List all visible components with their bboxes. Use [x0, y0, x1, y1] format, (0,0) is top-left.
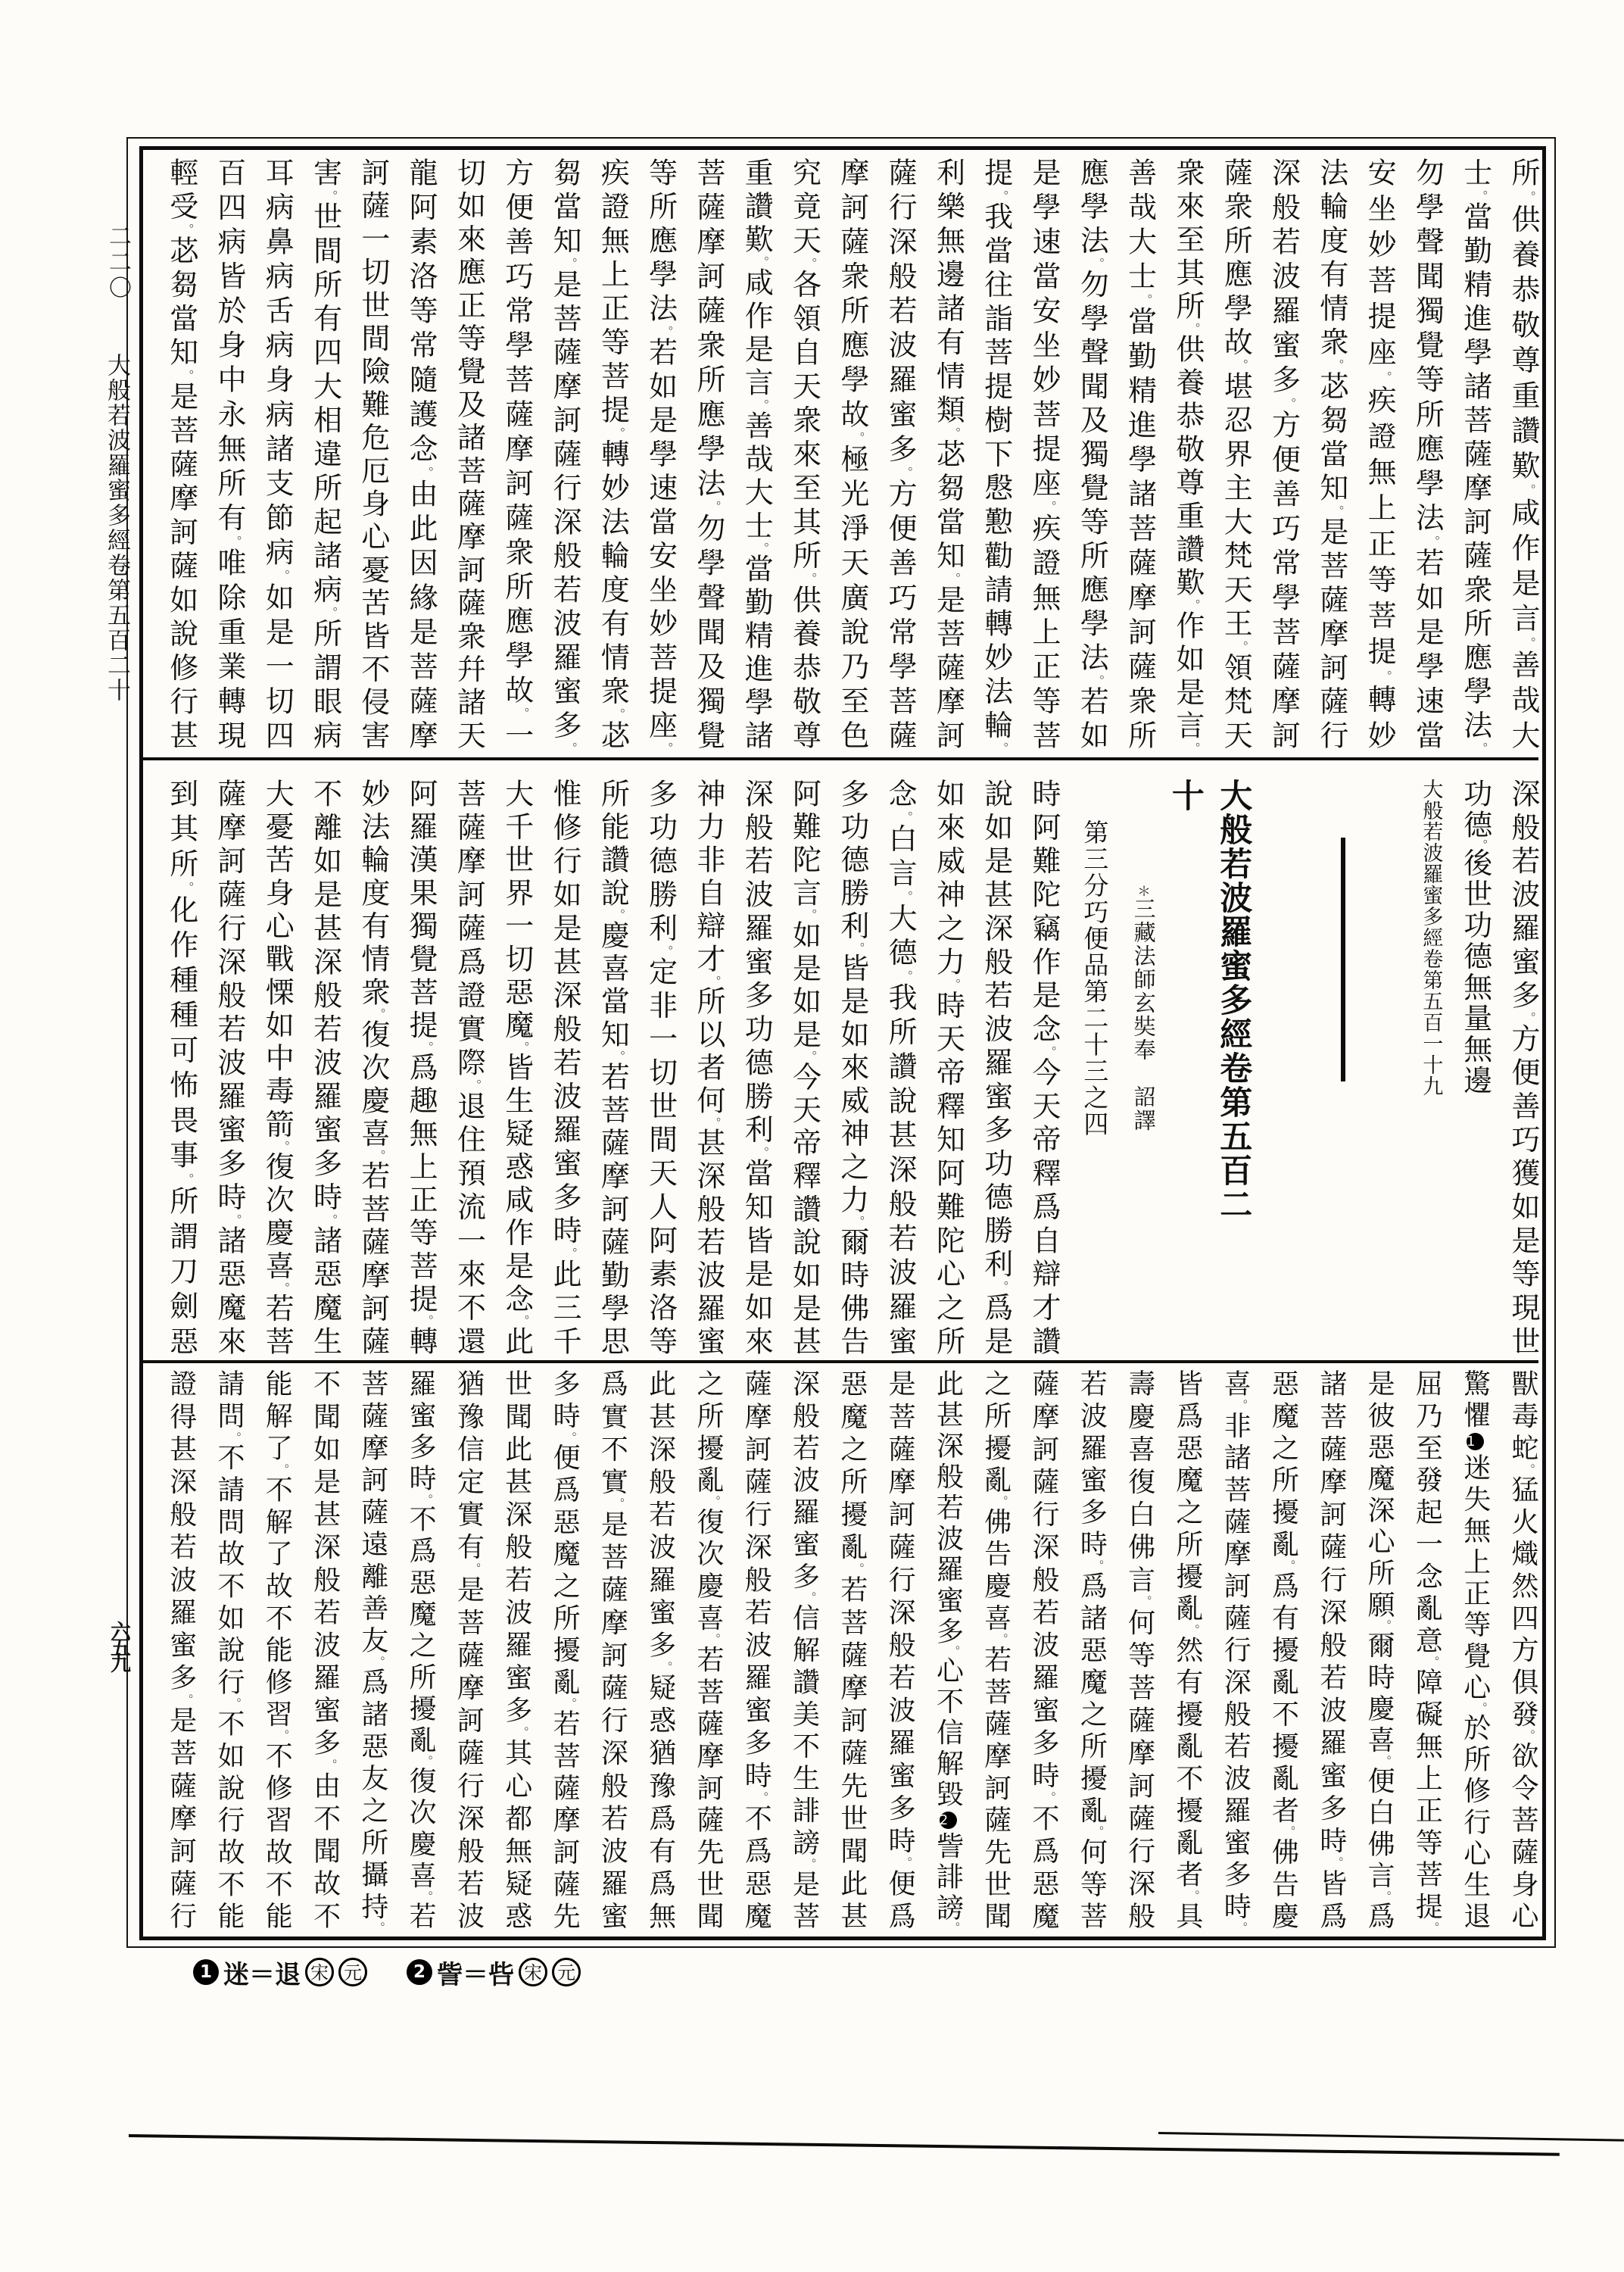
- text-column: 大憂苦身心戰慄如中毒箭。復次慶喜。若菩: [243, 779, 291, 1357]
- register-bottom: 獸毒蛇。猛火熾然四方俱發。欲令菩薩身心驚懼1迷失無上正等覺心。於所修行心生退屈乃…: [145, 1369, 1537, 1931]
- text-column: 大般若波羅蜜多經卷第五百一十九: [1393, 779, 1441, 1357]
- text-column: 大般若波羅蜜多經卷第五百二: [1202, 779, 1249, 1357]
- text-column: 獸毒蛇。猛火熾然四方俱發。欲令菩薩身心: [1489, 1369, 1537, 1931]
- text-column: 多時。便爲惡魔之所擾亂。若菩薩摩訶薩先: [531, 1369, 578, 1931]
- text-column: 請問。不請問故不如說行。不如說行故不能: [195, 1369, 243, 1931]
- text-column: 惡魔之所擾亂。若菩薩摩訶薩先世聞此甚: [818, 1369, 866, 1931]
- text-column: 此甚深般若波羅蜜多。心不信解毀2訾誹謗。: [914, 1369, 962, 1931]
- text-column: 不聞如是甚深般若波羅蜜多。由不聞故不: [291, 1369, 338, 1931]
- text-column: 方便善巧常學菩薩摩訶薩衆所應學故。一: [482, 158, 530, 751]
- text-column: 菩薩摩訶薩衆所應學法。勿學聲聞及獨覺: [675, 158, 722, 751]
- text-column: 皆爲惡魔之所擾亂。然有擾亂不擾亂者。具: [1154, 1369, 1202, 1931]
- text-column: 薩行深般若波羅蜜多。方便善巧常學菩薩: [866, 158, 914, 751]
- text-column: 大千世界一切惡魔。皆生疑惑咸作是念。此: [482, 779, 530, 1357]
- edition-badge: 元: [338, 1958, 367, 1986]
- margin-text-number: 二二〇: [89, 224, 129, 301]
- scroll-divider-rule: [1298, 779, 1345, 1357]
- footnote-text: 訾＝呰: [437, 1954, 514, 1991]
- text-column: 阿羅漢果獨覺菩提。爲趣無上正等菩提。轉: [387, 779, 435, 1357]
- text-column: 重讚歎。咸作是言。善哉大士。當勤精進學諸: [722, 158, 770, 751]
- text-column: 所能讚說。慶喜當知。若菩薩摩訶薩勤學思: [578, 779, 626, 1357]
- text-column: 菩薩摩訶薩爲證實際。退住預流一來不還: [435, 779, 482, 1357]
- text-column: 羅蜜多時。不爲惡魔之所擾亂。復次慶喜。若: [387, 1369, 435, 1931]
- text-column: 菩薩摩訶薩遠離善友。爲諸惡友之所攝持。: [339, 1369, 387, 1931]
- text-column: 芻當知。是菩薩摩訶薩行深般若波羅蜜多。: [531, 158, 578, 751]
- text-column: 功德。後世功德無量無邊: [1441, 779, 1488, 1357]
- edition-badge: 宋: [519, 1958, 547, 1986]
- text-column: 能解了。不解了故不能修習。不修習故不能: [243, 1369, 291, 1931]
- text-column: 多功德勝利。皆是如來威神之力。爾時佛告: [818, 779, 866, 1357]
- text-column: 猶豫信定實有。是菩薩摩訶薩行深般若波: [435, 1369, 482, 1931]
- text-column: 龍阿素洛等常隨護念。由此因緣是菩薩摩: [387, 158, 435, 751]
- text-column: 第三分巧便品第二十三之四: [1058, 779, 1105, 1398]
- text-column: 善哉大士。當勤精進學諸菩薩摩訶薩衆所: [1105, 158, 1153, 751]
- text-column: 訶薩一切世間險難危厄身心憂苦皆不侵害: [339, 158, 387, 751]
- text-column: 等所應學法。若如是學速當安坐妙菩提座。: [626, 158, 674, 751]
- text-column: 多功德勝利。定非一切世間天人阿素洛等: [626, 779, 674, 1357]
- register-middle: 深般若波羅蜜多。方便善巧獲如是等現世功德。後世功德無量無邊大般若波羅蜜多經卷第五…: [145, 779, 1537, 1357]
- scan-edge-line-2: [1158, 2132, 1624, 2142]
- text-column: 勿學聲聞獨覺等所應學法。若如是學速當: [1393, 158, 1441, 751]
- text-column: 深般若波羅蜜多功德勝利。當知皆是如來: [722, 779, 770, 1357]
- text-column: 不離如是甚深般若波羅蜜多時。諸惡魔生: [291, 779, 338, 1357]
- text-column: 所。供養恭敬尊重讚歎。咸作是言。善哉大: [1489, 158, 1537, 751]
- text-column: 證得甚深般若波羅蜜多。是菩薩摩訶薩行: [147, 1369, 195, 1931]
- blank-column: [1345, 779, 1393, 1357]
- text-column: 如來威神之力。時天帝釋知阿難陀心之所: [914, 779, 962, 1357]
- text-column: 說如是甚深般若波羅蜜多功德勝利。爲是: [962, 779, 1009, 1357]
- text-column: 究竟天。各領自天衆來至其所。供養恭敬尊: [770, 158, 818, 751]
- text-column: 深般若波羅蜜多。信解讚美不生誹謗。是菩: [770, 1369, 818, 1931]
- blank-column: [1249, 779, 1297, 1357]
- footnote-marker: 1: [193, 1959, 219, 1985]
- footnote-item: 1迷＝退宋元: [193, 1954, 367, 1991]
- footnote-text: 迷＝退: [223, 1954, 301, 1991]
- text-column: 喜。非諸菩薩摩訶薩行深般若波羅蜜多時。: [1202, 1369, 1249, 1931]
- text-column: 若波羅蜜多時。爲諸惡魔之所擾亂。何等菩: [1058, 1369, 1105, 1931]
- text-column: 害。世間所有四大相違所起諸病。所謂眼病: [291, 158, 338, 751]
- text-column: 到其所。化作種種可怖畏事。所謂刀劍惡: [147, 779, 195, 1357]
- text-column: 薩摩訶薩行深般若波羅蜜多時。諸惡魔來: [195, 779, 243, 1357]
- text-column: 念。白言。大德。我所讚說甚深般若波羅蜜: [866, 779, 914, 1357]
- text-column: 法輪度有情衆。苾芻當知。是菩薩摩訶薩行: [1298, 158, 1345, 751]
- edition-badge: 元: [552, 1958, 581, 1986]
- text-column: 驚懼1迷失無上正等覺心。於所修行心生退: [1441, 1369, 1488, 1931]
- text-column: 妙法輪度有情衆。復次慶喜。若菩薩摩訶薩: [339, 779, 387, 1357]
- text-column: 神力非自辯才。所以者何。甚深般若波羅蜜: [675, 779, 722, 1357]
- text-column: 疾證無上正等菩提。轉妙法輪度有情衆。苾: [578, 158, 626, 751]
- text-column: 應學法。勿學聲聞及獨覺等所應學法。若如: [1058, 158, 1105, 751]
- text-column: 提。我當往詣菩提樹下慇懃勸請轉妙法輪。: [962, 158, 1009, 751]
- text-column: 惟修行如是甚深般若波羅蜜多時。此三千: [531, 779, 578, 1357]
- text-column: 是彼惡魔深心所願。爾時慶喜。便白佛言。爲: [1345, 1369, 1393, 1931]
- text-column: 深般若波羅蜜多。方便善巧獲如是等現世: [1489, 779, 1537, 1357]
- text-column: 安坐妙菩提座。疾證無上正等菩提。轉妙: [1345, 158, 1393, 751]
- text-column: 之所擾亂。復次慶喜。若菩薩摩訶薩先世聞: [675, 1369, 722, 1931]
- register-top: 所。供養恭敬尊重讚歎。咸作是言。善哉大士。當勤精進學諸菩薩摩訶薩衆所應學法。勿學…: [145, 158, 1537, 751]
- text-column: 士。當勤精進學諸菩薩摩訶薩衆所應學法。: [1441, 158, 1488, 751]
- text-column: 耳病鼻病舌病身病諸支節病。如是一切四: [243, 158, 291, 751]
- footnote-item: 2訾＝呰宋元: [407, 1954, 581, 1991]
- margin-running-title: 大般若波羅蜜多經卷第五百二十: [88, 353, 129, 703]
- text-column: 壽慶喜復白佛言。何等菩薩摩訶薩行深般: [1105, 1369, 1153, 1931]
- text-column: 深般若波羅蜜多。方便善巧常學菩薩摩訶: [1249, 158, 1297, 751]
- text-column: 摩訶薩衆所應學故。極光淨天廣說乃至色: [818, 158, 866, 751]
- text-column: 輕受。苾芻當知。是菩薩摩訶薩如說修行甚: [147, 158, 195, 751]
- text-column: 之所擾亂。佛告慶喜。若菩薩摩訶薩先世聞: [962, 1369, 1009, 1931]
- text-column: 此甚深般若波羅蜜多。疑惑猶豫爲有爲無: [626, 1369, 674, 1931]
- text-column: 十: [1154, 779, 1202, 1357]
- register-separator-2: [143, 1360, 1538, 1363]
- text-column: 惡魔之所擾亂。爲有擾亂不擾亂者。佛告慶: [1249, 1369, 1297, 1931]
- footnote-bar: 1迷＝退宋元2訾＝呰宋元: [193, 1954, 581, 1990]
- text-column: 切如來應正等覺及諸菩薩摩訶薩衆幷諸天: [435, 158, 482, 751]
- text-column: 利樂無邊諸有情類。苾芻當知。是菩薩摩訶: [914, 158, 962, 751]
- text-column: 衆來至其所。供養恭敬尊重讚歎。作如是言。: [1154, 158, 1202, 751]
- text-column: 是學速當安坐妙菩提座。疾證無上正等菩: [1010, 158, 1058, 751]
- text-column: 薩摩訶薩行深般若波羅蜜多時。不爲惡魔: [1010, 1369, 1058, 1931]
- footnote-marker: 2: [407, 1959, 432, 1985]
- text-column: 時阿難陀竊作是念。今天帝釋爲自辯才讚: [1010, 779, 1058, 1357]
- scan-edge-line-1: [129, 2134, 1560, 2156]
- text-column: 阿難陀言。如是如是。今天帝釋讚說如是甚: [770, 779, 818, 1357]
- text-column: 爲實不實。是菩薩摩訶薩行深般若波羅蜜: [578, 1369, 626, 1931]
- text-column: 薩衆所應學故。堪忍界主大梵天王。領梵天: [1202, 158, 1249, 751]
- margin-page-number: 六五九: [91, 1621, 129, 1668]
- register-separator-1: [143, 757, 1538, 760]
- text-column: 百四病皆於身中永無所有。唯除重業轉現: [195, 158, 243, 751]
- text-column: 諸菩薩摩訶薩行深般若波羅蜜多時。皆爲: [1298, 1369, 1345, 1931]
- text-column: 屈乃至發起一念亂意。障礙無上正等菩提。: [1393, 1369, 1441, 1931]
- scanned-sutra-page: 二二〇 大般若波羅蜜多經卷第五百二十 六五九 所。供養恭敬尊重讚歎。咸作是言。善…: [0, 0, 1624, 2272]
- edition-badge: 宋: [305, 1958, 334, 1986]
- text-column: 薩摩訶薩行深般若波羅蜜多時。不爲惡魔: [722, 1369, 770, 1931]
- text-column: 是菩薩摩訶薩行深般若波羅蜜多時。便爲: [866, 1369, 914, 1931]
- text-column: 世聞此甚深般若波羅蜜多。其心都無疑惑: [482, 1369, 530, 1931]
